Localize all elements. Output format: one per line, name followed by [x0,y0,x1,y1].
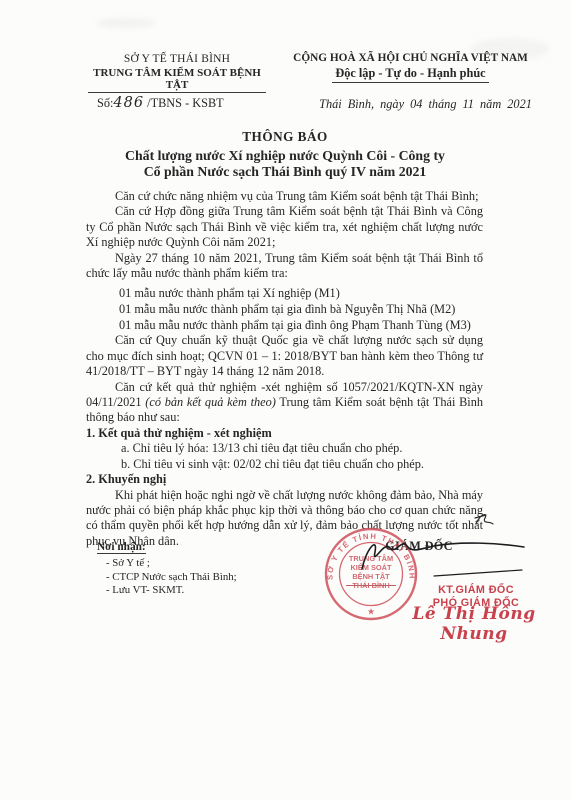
agency-name: TRUNG TÂM KIỂM SOÁT BỆNH TẬT [88,67,266,93]
standard-paragraph: Căn cứ Quy chuẩn kỹ thuật Quốc gia về ch… [86,333,483,379]
section2-heading: 2. Khuyến nghị [86,472,483,487]
recipient-item: - Sở Y tế ; [106,557,237,571]
doc-subject-line1: Chất lượng nước Xí nghiệp nước Quỳnh Côi… [86,148,484,164]
scanned-document-page: SỞ Y TẾ THÁI BÌNH TRUNG TÂM KIỂM SOÁT BỆ… [0,0,571,800]
basis-paragraph: Căn cứ Hợp đồng giữa Trung tâm Kiểm soát… [86,204,483,250]
result-reference-paragraph: Căn cứ kết quả thử nghiệm -xét nghiệm số… [86,380,483,426]
issuing-agency-block: SỞ Y TẾ THÁI BÌNH TRUNG TÂM KIỂM SOÁT BỆ… [88,53,266,93]
result-item-micro: b. Chỉ tiêu vi sinh vật: 02/02 chỉ tiêu … [86,457,483,472]
number-suffix: /TBNS - KSBT [144,96,224,110]
document-body: Căn cứ chức năng nhiệm vụ của Trung tâm … [86,189,483,549]
result-ref-italic: (có bản kết quả kèm theo) [145,395,276,409]
national-motto-block: CỘNG HOÀ XÃ HỘI CHỦ NGHĨA VIỆT NAM Độc l… [288,52,533,83]
basis-paragraph: Căn cứ chức năng nhiệm vụ của Trung tâm … [86,189,483,204]
section1-heading: 1. Kết quả thử nghiệm - xét nghiệm [86,426,483,441]
signer-name-stamp: Lê Thị Hồng Nhung [390,604,558,644]
result-item-physchem: a. Chỉ tiêu lý hóa: 13/13 chỉ tiêu đạt t… [86,441,483,456]
number-prefix: Số: [97,96,113,110]
handwritten-paraph-mark [472,510,496,530]
recipient-item: - Lưu VT- SKMT. [106,584,237,598]
handwritten-number: 486 [113,95,144,111]
sample-item: 01 mẫu nước thành phẩm tại Xí nghiệp (M1… [86,285,483,301]
scan-smudge [96,18,156,28]
sample-item: 01 mẫu mẫu nước thành phẩm tại gia đình … [86,301,483,317]
document-title-block: THÔNG BÁO Chất lượng nước Xí nghiệp nước… [86,129,484,180]
sample-item: 01 mẫu mẫu nước thành phẩm tại gia đình … [86,317,483,333]
place-date-line: Thái Bình, ngày 04 tháng 11 năm 2021 [308,97,543,112]
seal-star-icon: ★ [367,607,375,617]
doc-subject-line2: Cổ phần Nước sạch Thái Bình quý IV năm 2… [86,164,484,180]
sampling-paragraph: Ngày 27 tháng 10 năm 2021, Trung tâm Kiể… [86,251,483,282]
document-number-line: Số:486 /TBNS - KSBT [97,95,224,111]
motto: Độc lập - Tự do - Hạnh phúc [332,66,488,83]
handwritten-signature [346,533,536,585]
recipients-block: Nơi nhận: - Sở Y tế ; - CTCP Nước sạch T… [97,541,237,598]
recipients-heading: Nơi nhận: [97,541,146,554]
national-title: CỘNG HOÀ XÃ HỘI CHỦ NGHĨA VIỆT NAM [288,52,533,64]
sample-list: 01 mẫu nước thành phẩm tại Xí nghiệp (M1… [86,285,483,333]
recipient-item: - CTCP Nước sạch Thái Bình; [106,571,237,585]
parent-agency: SỞ Y TẾ THÁI BÌNH [88,53,266,65]
doc-type-title: THÔNG BÁO [86,129,484,145]
kt-director-line: KT.GIÁM ĐỐC [408,584,544,596]
